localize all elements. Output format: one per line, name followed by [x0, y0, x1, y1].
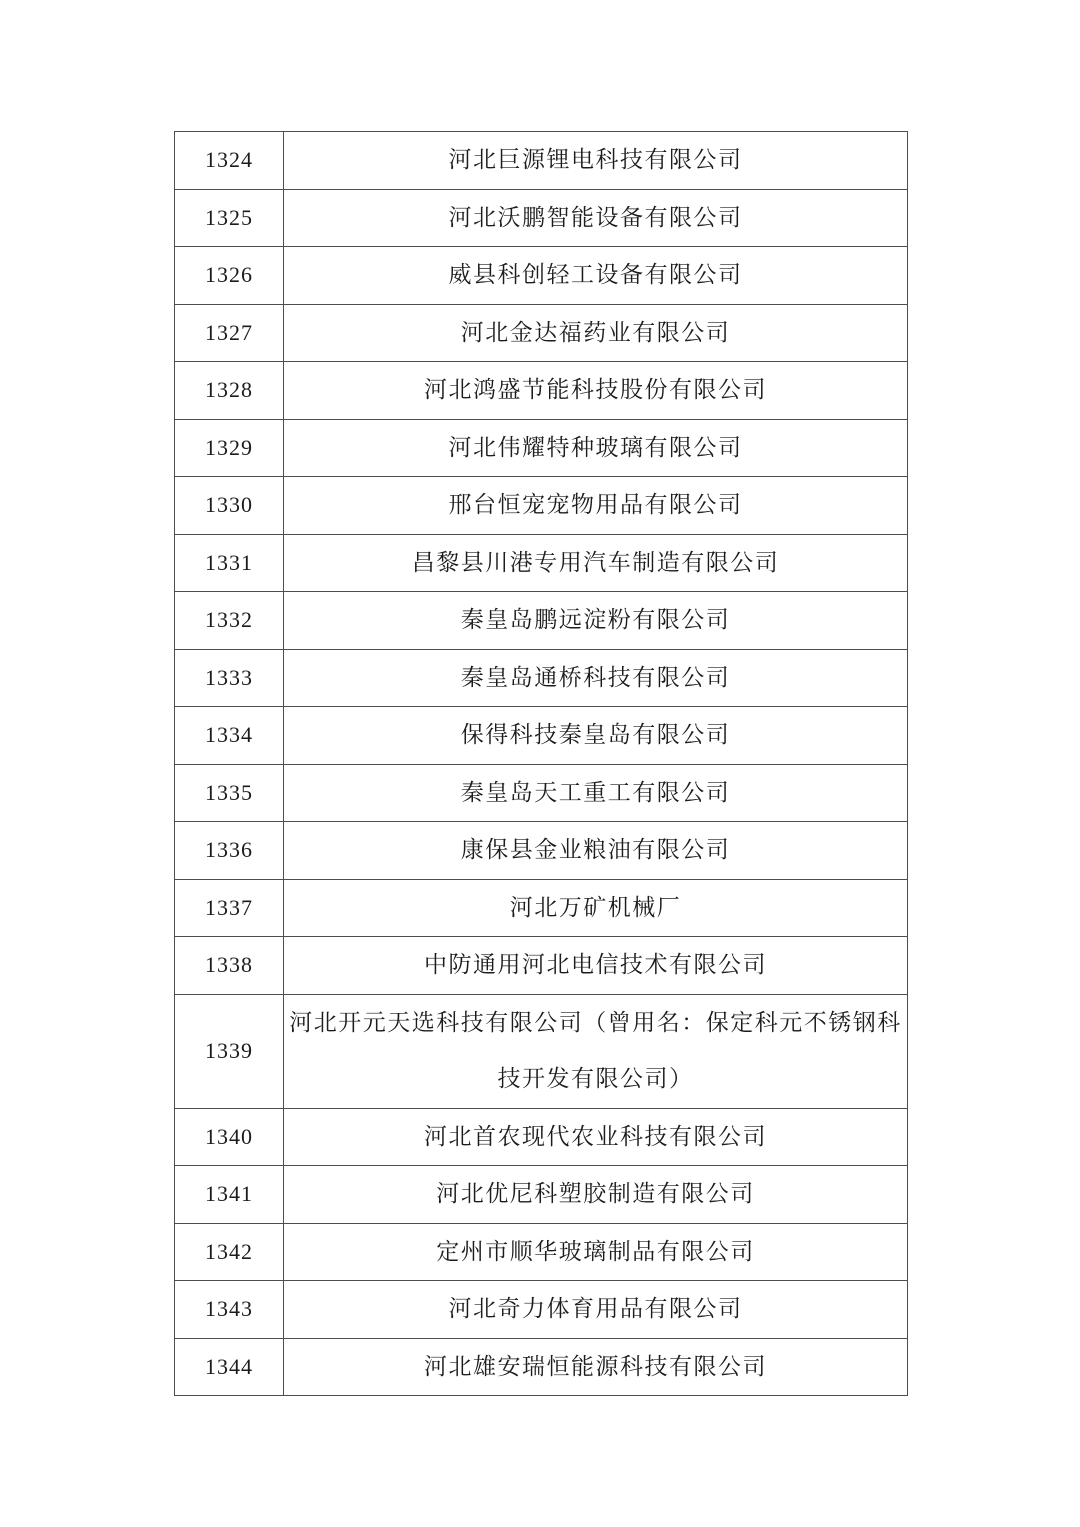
company-name: 河北奇力体育用品有限公司 — [284, 1281, 908, 1339]
company-name: 河北首农现代农业科技有限公司 — [284, 1108, 908, 1166]
company-name: 秦皇岛通桥科技有限公司 — [284, 649, 908, 707]
table-row: 1333 秦皇岛通桥科技有限公司 — [175, 649, 908, 707]
company-name: 河北鸿盛节能科技股份有限公司 — [284, 362, 908, 420]
table-row: 1337 河北万矿机械厂 — [175, 879, 908, 937]
row-serial-number: 1329 — [175, 419, 284, 477]
company-name: 邢台恒宠宠物用品有限公司 — [284, 477, 908, 535]
row-serial-number: 1325 — [175, 189, 284, 247]
table-row: 1328 河北鸿盛节能科技股份有限公司 — [175, 362, 908, 420]
table-row: 1343 河北奇力体育用品有限公司 — [175, 1281, 908, 1339]
row-serial-number: 1333 — [175, 649, 284, 707]
company-list-table: 1324 河北巨源锂电科技有限公司 1325 河北沃鹏智能设备有限公司 1326… — [174, 131, 908, 1396]
row-serial-number: 1343 — [175, 1281, 284, 1339]
company-name: 河北沃鹏智能设备有限公司 — [284, 189, 908, 247]
row-serial-number: 1331 — [175, 534, 284, 592]
row-serial-number: 1337 — [175, 879, 284, 937]
table-row: 1325 河北沃鹏智能设备有限公司 — [175, 189, 908, 247]
company-name: 中防通用河北电信技术有限公司 — [284, 937, 908, 995]
table-row: 1324 河北巨源锂电科技有限公司 — [175, 132, 908, 190]
row-serial-number: 1335 — [175, 764, 284, 822]
row-serial-number: 1332 — [175, 592, 284, 650]
company-name: 河北巨源锂电科技有限公司 — [284, 132, 908, 190]
table-row: 1326 威县科创轻工设备有限公司 — [175, 247, 908, 305]
company-name: 威县科创轻工设备有限公司 — [284, 247, 908, 305]
document-page: 1324 河北巨源锂电科技有限公司 1325 河北沃鹏智能设备有限公司 1326… — [0, 0, 1080, 1527]
company-name: 秦皇岛天工重工有限公司 — [284, 764, 908, 822]
row-serial-number: 1342 — [175, 1223, 284, 1281]
company-name: 昌黎县川港专用汽车制造有限公司 — [284, 534, 908, 592]
table-row: 1331 昌黎县川港专用汽车制造有限公司 — [175, 534, 908, 592]
table-row: 1327 河北金达福药业有限公司 — [175, 304, 908, 362]
table-row: 1335 秦皇岛天工重工有限公司 — [175, 764, 908, 822]
table-row: 1341 河北优尼科塑胶制造有限公司 — [175, 1166, 908, 1224]
row-serial-number: 1334 — [175, 707, 284, 765]
company-name: 康保县金业粮油有限公司 — [284, 822, 908, 880]
row-serial-number: 1324 — [175, 132, 284, 190]
row-serial-number: 1341 — [175, 1166, 284, 1224]
row-serial-number: 1326 — [175, 247, 284, 305]
row-serial-number: 1327 — [175, 304, 284, 362]
table-row: 1329 河北伟耀特种玻璃有限公司 — [175, 419, 908, 477]
table-row: 1336 康保县金业粮油有限公司 — [175, 822, 908, 880]
company-name: 河北优尼科塑胶制造有限公司 — [284, 1166, 908, 1224]
row-serial-number: 1344 — [175, 1338, 284, 1396]
company-name: 秦皇岛鹏远淀粉有限公司 — [284, 592, 908, 650]
company-table-body: 1324 河北巨源锂电科技有限公司 1325 河北沃鹏智能设备有限公司 1326… — [175, 132, 908, 1396]
row-serial-number: 1340 — [175, 1108, 284, 1166]
row-serial-number: 1338 — [175, 937, 284, 995]
company-name: 河北雄安瑞恒能源科技有限公司 — [284, 1338, 908, 1396]
table-row: 1334 保得科技秦皇岛有限公司 — [175, 707, 908, 765]
table-row: 1332 秦皇岛鹏远淀粉有限公司 — [175, 592, 908, 650]
row-serial-number: 1336 — [175, 822, 284, 880]
row-serial-number: 1339 — [175, 994, 284, 1108]
table-row: 1330 邢台恒宠宠物用品有限公司 — [175, 477, 908, 535]
row-serial-number: 1328 — [175, 362, 284, 420]
table-row: 1339 河北开元天选科技有限公司（曾用名：保定科元不锈钢科技开发有限公司） — [175, 994, 908, 1108]
company-name: 定州市顺华玻璃制品有限公司 — [284, 1223, 908, 1281]
company-name: 河北金达福药业有限公司 — [284, 304, 908, 362]
company-name: 河北伟耀特种玻璃有限公司 — [284, 419, 908, 477]
row-serial-number: 1330 — [175, 477, 284, 535]
table-row: 1338 中防通用河北电信技术有限公司 — [175, 937, 908, 995]
table-row: 1340 河北首农现代农业科技有限公司 — [175, 1108, 908, 1166]
company-name: 保得科技秦皇岛有限公司 — [284, 707, 908, 765]
table-row: 1344 河北雄安瑞恒能源科技有限公司 — [175, 1338, 908, 1396]
company-name: 河北万矿机械厂 — [284, 879, 908, 937]
company-name: 河北开元天选科技有限公司（曾用名：保定科元不锈钢科技开发有限公司） — [284, 994, 908, 1108]
table-row: 1342 定州市顺华玻璃制品有限公司 — [175, 1223, 908, 1281]
